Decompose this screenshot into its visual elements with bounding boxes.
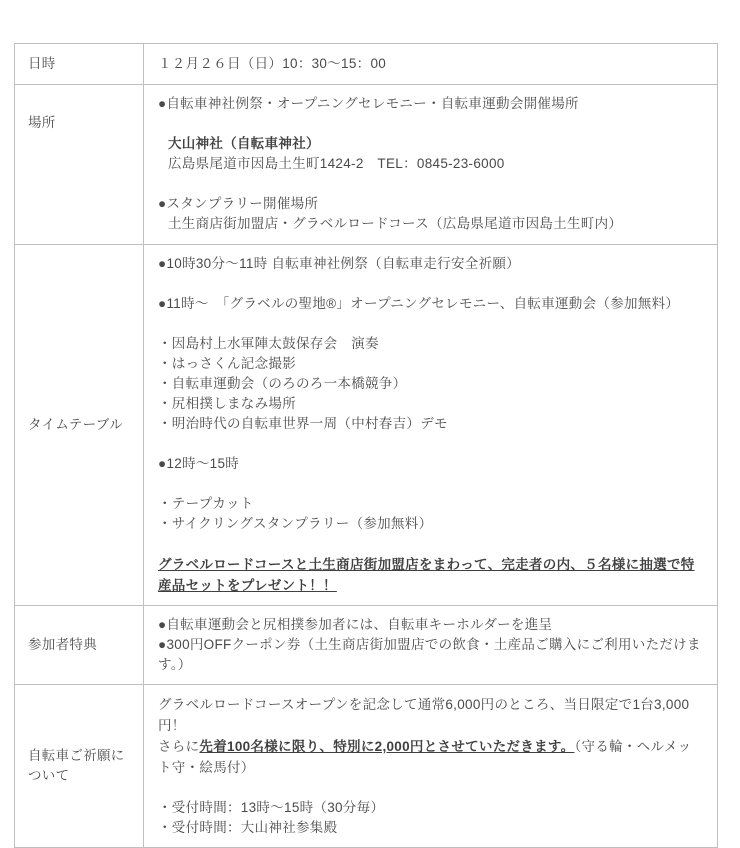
event-info-table: 日時 １２月２６日（日）10：30～15：00 場所 ●自転車神社例祭・オープニ…: [14, 43, 718, 848]
row-label-place: 場所: [15, 85, 144, 245]
table-row-timetable: タイムテーブル ●10時30分～11時 自転車神社例祭（自転車走行安全祈願） ●…: [15, 245, 718, 606]
table-row-datetime: 日時 １２月２６日（日）10：30～15：00: [15, 44, 718, 85]
timetable-item: ・自転車運動会（のろのろ一本橋競争）: [158, 374, 703, 394]
spacer: [158, 474, 703, 494]
prayer-intro: グラベルロードコースオープンを記念して通常6,000円のところ、当日限定で1台3…: [158, 697, 689, 733]
spacer: [158, 114, 703, 134]
table-row-benefits: 参加者特典 ●自転車運動会と尻相撲参加者には、自転車キーホルダーを進呈 ●300…: [15, 606, 718, 685]
row-label-datetime: 日時: [15, 44, 144, 85]
spacer: [158, 314, 703, 334]
datetime-cell: １２月２６日（日）10：30～15：00: [144, 44, 718, 85]
place-bullet-ceremony: ●自転車神社例祭・オープニングセレモニー・自転車運動会開催場所: [158, 94, 703, 114]
place-bullet-stamp-rally: ●スタンプラリー開催場所: [158, 194, 703, 214]
timetable-item: ・テープカット: [158, 494, 703, 514]
timetable-item: ・明治時代の自転車世界一周（中村春吉）デモ: [158, 414, 703, 434]
stamp-rally-locations: 土生商店街加盟店・グラベルロードコース（広島県尾道市因島土生町内）: [158, 214, 703, 234]
table-row-place: 場所 ●自転車神社例祭・オープニングセレモニー・自転車運動会開催場所 大山神社（…: [15, 85, 718, 245]
prize-highlight: グラベルロードコースと土生商店街加盟店をまわって、完走者の内、５名様に抽選で特産…: [158, 554, 703, 596]
benefit-line: ●300円OFFクーポン券（土生商店街加盟店での飲食・土産品ご購入にご利用いただ…: [158, 635, 703, 675]
table-row-prayer: 自転車ご祈願について グラベルロードコースオープンを記念して通常6,000円のと…: [15, 685, 718, 848]
row-label-benefits: 参加者特典: [15, 606, 144, 685]
timetable-slot-3: ●12時～15時: [158, 454, 703, 474]
prayer-note: ・受付時間：13時～15時（30分毎）: [158, 798, 703, 818]
row-label-timetable: タイムテーブル: [15, 245, 144, 606]
timetable-cell: ●10時30分～11時 自転車神社例祭（自転車走行安全祈願） ●11時～ 「グラ…: [144, 245, 718, 606]
datetime-value: １２月２６日（日）10：30～15：00: [158, 54, 703, 74]
document-page: 日時 １２月２６日（日）10：30～15：00 場所 ●自転車神社例祭・オープニ…: [0, 0, 740, 848]
benefit-line: ●自転車運動会と尻相撲参加者には、自転車キーホルダーを進呈: [158, 615, 703, 635]
row-label-prayer: 自転車ご祈願について: [15, 685, 144, 848]
timetable-slot-2: ●11時～ 「グラベルの聖地®」オープニングセレモニー、自転車運動会（参加無料）: [158, 294, 703, 314]
timetable-item: ・はっさくん記念撮影: [158, 354, 703, 374]
timetable-slot-1: ●10時30分～11時 自転車神社例祭（自転車走行安全祈願）: [158, 254, 703, 274]
timetable-item: ・因島村上水軍陣太鼓保存会 演奏: [158, 334, 703, 354]
spacer: [158, 174, 703, 194]
spacer: [158, 434, 703, 454]
prayer-note: ・受付時間：大山神社参集殿: [158, 818, 703, 838]
benefits-cell: ●自転車運動会と尻相撲参加者には、自転車キーホルダーを進呈 ●300円OFFクー…: [144, 606, 718, 685]
spacer: [158, 274, 703, 294]
prayer-discount-highlight: 先着100名様に限り、特別に2,000円とさせていただきます。: [199, 739, 574, 754]
spacer: [158, 534, 703, 554]
prayer-cell: グラベルロードコースオープンを記念して通常6,000円のところ、当日限定で1台3…: [144, 685, 718, 848]
timetable-item: ・尻相撲しまなみ場所: [158, 394, 703, 414]
prayer-prefix: さらに: [158, 739, 199, 754]
shrine-address: 広島県尾道市因島土生町1424-2 TEL：0845-23-6000: [158, 154, 703, 174]
spacer: [158, 778, 703, 798]
place-cell: ●自転車神社例祭・オープニングセレモニー・自転車運動会開催場所 大山神社（自転車…: [144, 85, 718, 245]
shrine-name: 大山神社（自転車神社）: [158, 134, 703, 154]
timetable-item: ・サイクリングスタンプラリー（参加無料）: [158, 514, 703, 534]
